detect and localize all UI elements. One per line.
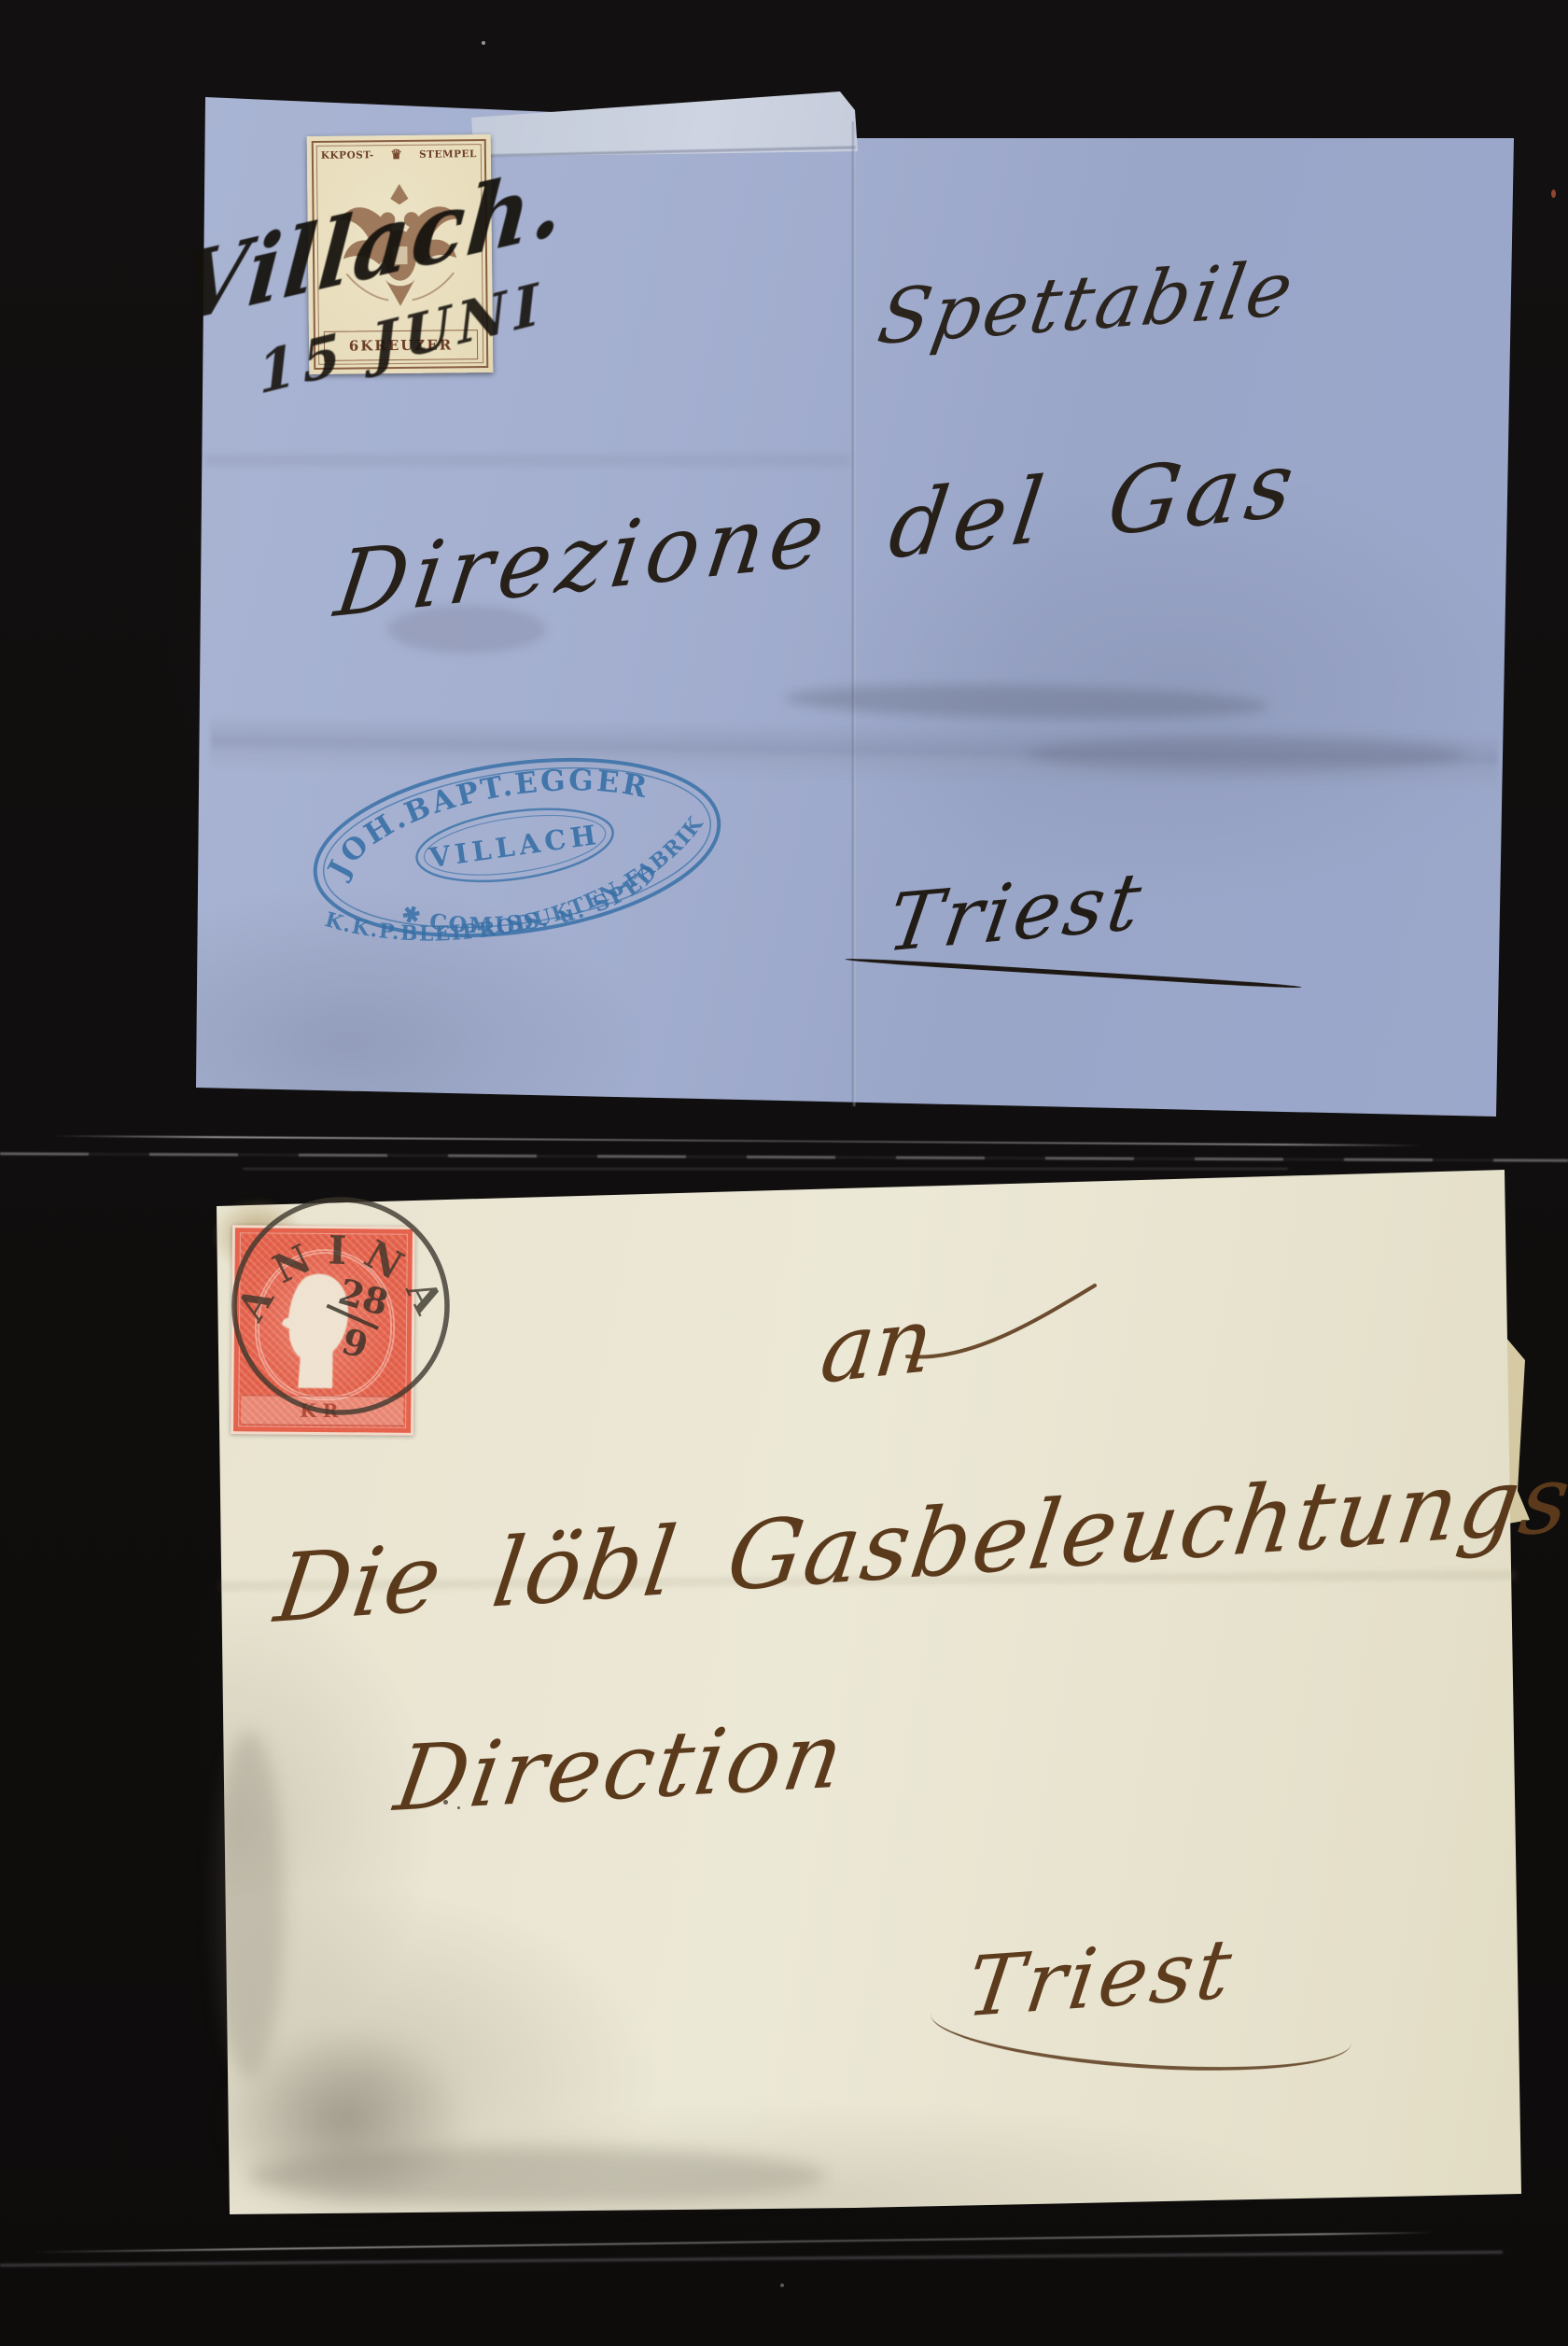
dust-speck bbox=[780, 2283, 784, 2287]
stamp-inscription-row: KKPOST- ♛ STEMPEL bbox=[321, 148, 477, 162]
folded-letter-top: KKPOST- ♛ STEMPEL 6KRE bbox=[187, 82, 1531, 1126]
postmark-month: 9 bbox=[338, 1319, 373, 1367]
dust-speck bbox=[1551, 190, 1556, 198]
crown-icon: ♛ bbox=[390, 150, 402, 160]
dust-speck bbox=[482, 41, 485, 45]
soiling-stain bbox=[247, 2147, 826, 2205]
stamp-inscription-left: KKPOST- bbox=[321, 149, 374, 162]
folded-letter-bottom: KR ANINA 28 9 an Die löbl Gasbeleuchtung… bbox=[210, 1162, 1547, 2228]
mount-strip-reflection bbox=[33, 2232, 1433, 2254]
mount-strip-reflection bbox=[51, 1135, 1423, 1146]
album-page-photo: KKPOST- ♛ STEMPEL 6KRE bbox=[0, 0, 1568, 2346]
stamp-inscription-right: STEMPEL bbox=[419, 148, 477, 161]
soiling-stain bbox=[214, 1732, 284, 2077]
pen-flourish bbox=[903, 1280, 1100, 1366]
ink-showthrough-smudge bbox=[1027, 736, 1465, 773]
postmark-circular-datestamp: ANINA 28 9 bbox=[217, 1188, 466, 1433]
mount-strip-reflection bbox=[0, 2251, 1503, 2267]
mount-strip-reflection bbox=[0, 1152, 1568, 1161]
faint-crease bbox=[205, 454, 849, 467]
